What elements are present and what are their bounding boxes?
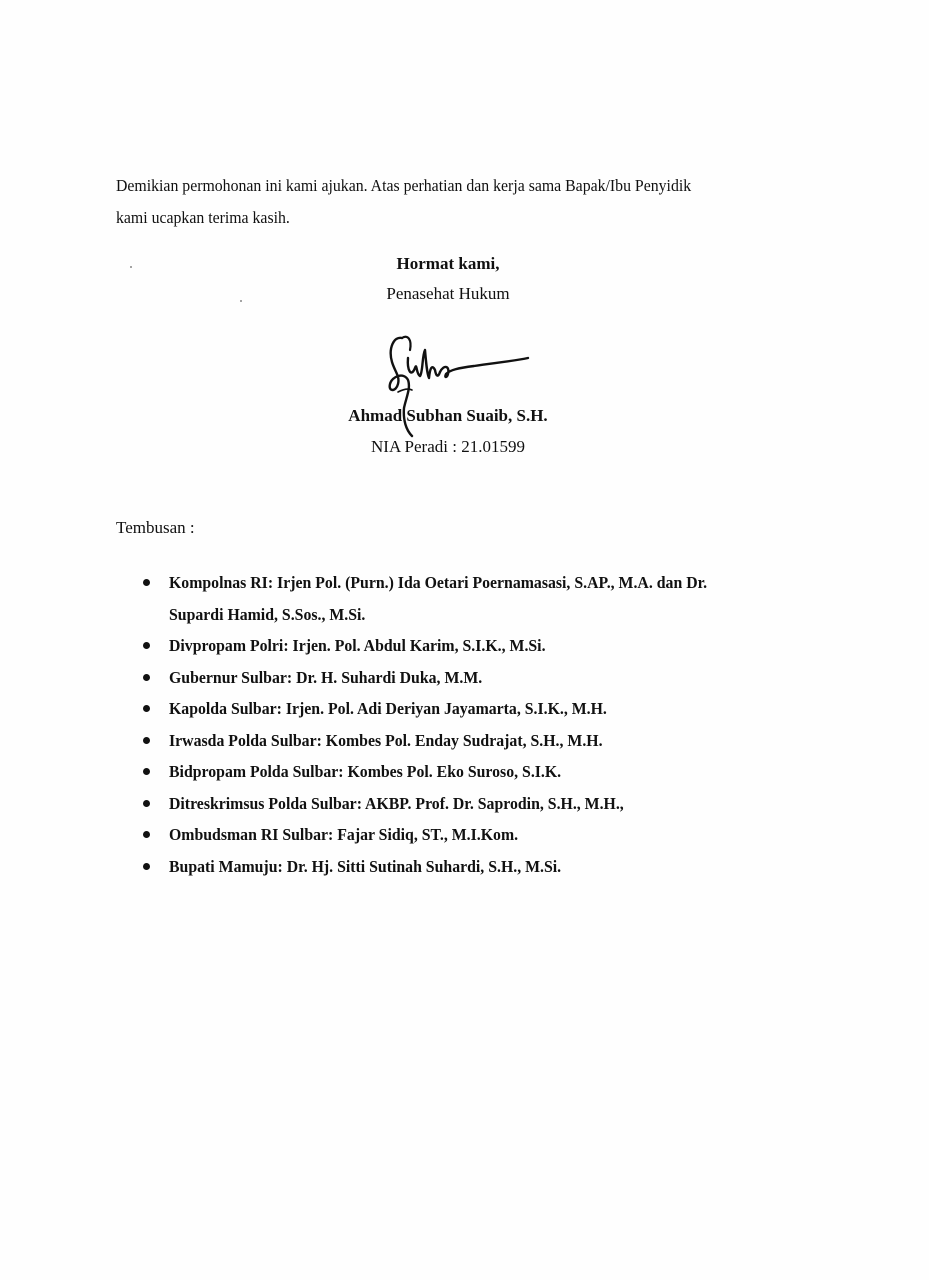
carbon-copy-recipient: Bidpropam Polda Sulbar: Kombes Pol. Eko … [140,756,800,788]
scan-speck [240,300,242,302]
recipient-line: Ombudsman RI Sulbar: Fajar Sidiq, ST., M… [169,819,756,851]
recipient-text: Divpropam Polri: Irjen. Pol. Abdul Karim… [169,630,756,662]
carbon-copy-label: Tembusan : [116,518,195,538]
signer-name: Ahmad Subhan Suaib, S.H. [0,406,896,426]
recipient-line: Kapolda Sulbar: Irjen. Pol. Adi Deriyan … [169,693,756,725]
bullet-icon [143,674,150,681]
recipient-text: Ombudsman RI Sulbar: Fajar Sidiq, ST., M… [169,819,756,851]
carbon-copy-recipient: Irwasda Polda Sulbar: Kombes Pol. Enday … [140,725,800,757]
bullet-icon [143,642,150,649]
bullet-icon [143,768,150,775]
bullet-icon [143,737,150,744]
carbon-copy-recipient: Ombudsman RI Sulbar: Fajar Sidiq, ST., M… [140,819,800,851]
closing-paragraph-line: kami ucapkan terima kasih. [116,202,748,234]
recipient-text: Kompolnas RI: Irjen Pol. (Purn.) Ida Oet… [169,567,756,630]
scan-speck [130,266,132,268]
recipient-line: Bupati Mamuju: Dr. Hj. Sitti Sutinah Suh… [169,851,756,883]
recipient-line: Supardi Hamid, S.Sos., M.Si. [169,599,756,631]
recipient-text: Ditreskrimsus Polda Sulbar: AKBP. Prof. … [169,788,756,820]
carbon-copy-recipient: Ditreskrimsus Polda Sulbar: AKBP. Prof. … [140,788,800,820]
carbon-copy-recipient: Gubernur Sulbar: Dr. H. Suhardi Duka, M.… [140,662,800,694]
bullet-icon [143,863,150,870]
closing-paragraph: Demikian permohonan ini kami ajukan. Ata… [116,170,796,234]
recipient-line: Kompolnas RI: Irjen Pol. (Purn.) Ida Oet… [169,567,756,599]
carbon-copy-recipient: Kapolda Sulbar: Irjen. Pol. Adi Deriyan … [140,693,800,725]
recipient-text: Irwasda Polda Sulbar: Kombes Pol. Enday … [169,725,756,757]
bullet-icon [143,705,150,712]
recipient-line: Ditreskrimsus Polda Sulbar: AKBP. Prof. … [169,788,756,820]
signer-id: NIA Peradi : 21.01599 [0,437,896,457]
recipient-text: Bidpropam Polda Sulbar: Kombes Pol. Eko … [169,756,756,788]
bullet-icon [143,800,150,807]
document-page: Demikian permohonan ini kami ajukan. Ata… [0,0,929,1280]
carbon-copy-recipient: Divpropam Polri: Irjen. Pol. Abdul Karim… [140,630,800,662]
bullet-icon [143,579,150,586]
salutation: Hormat kami, [0,254,896,274]
recipient-line: Gubernur Sulbar: Dr. H. Suhardi Duka, M.… [169,662,756,694]
carbon-copy-recipient: Kompolnas RI: Irjen Pol. (Purn.) Ida Oet… [140,567,800,630]
carbon-copy-recipient: Bupati Mamuju: Dr. Hj. Sitti Sutinah Suh… [140,851,800,883]
recipient-text: Bupati Mamuju: Dr. Hj. Sitti Sutinah Suh… [169,851,756,883]
recipient-text: Gubernur Sulbar: Dr. H. Suhardi Duka, M.… [169,662,756,694]
recipient-text: Kapolda Sulbar: Irjen. Pol. Adi Deriyan … [169,693,756,725]
bullet-icon [143,831,150,838]
closing-paragraph-line: Demikian permohonan ini kami ajukan. Ata… [116,170,748,202]
recipient-line: Irwasda Polda Sulbar: Kombes Pol. Enday … [169,725,756,757]
recipient-line: Bidpropam Polda Sulbar: Kombes Pol. Eko … [169,756,756,788]
recipient-line: Divpropam Polri: Irjen. Pol. Abdul Karim… [169,630,756,662]
carbon-copy-list: Kompolnas RI: Irjen Pol. (Purn.) Ida Oet… [140,567,800,882]
signer-role: Penasehat Hukum [0,284,896,304]
